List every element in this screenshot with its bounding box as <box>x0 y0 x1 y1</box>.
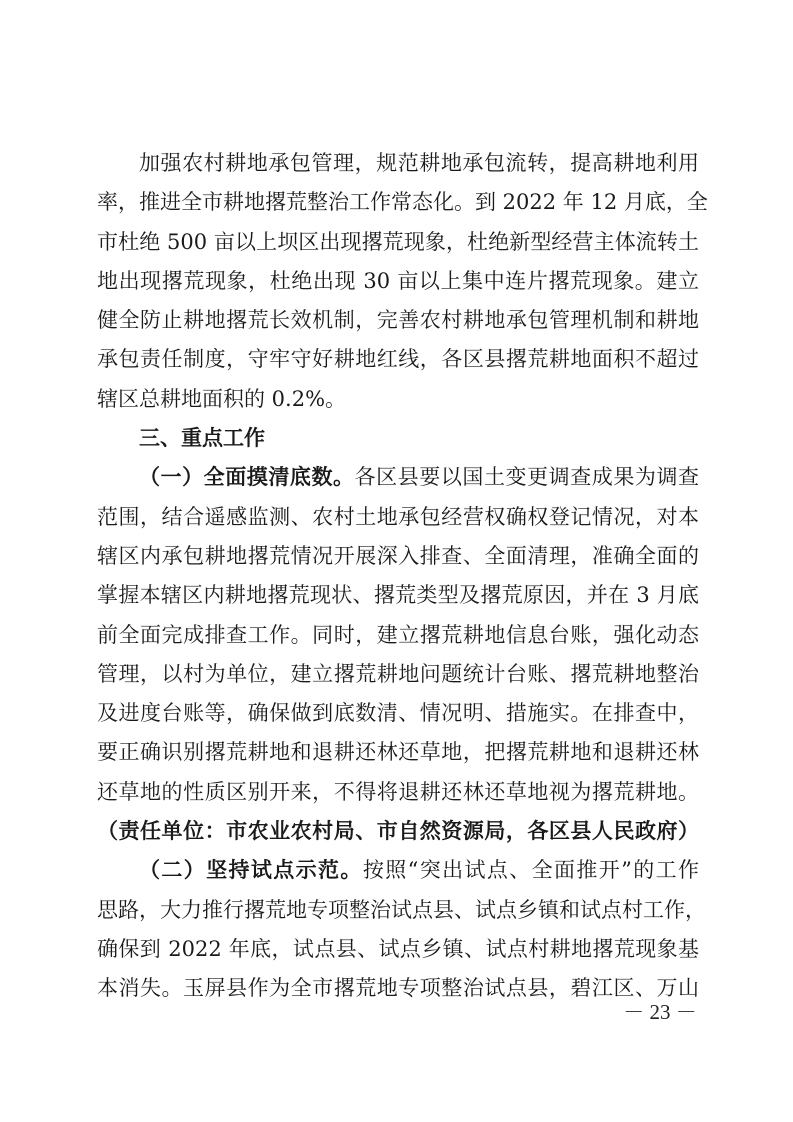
text-line: 前全面完成排查工作。同时，建立撂荒耕地信息台账，强化动态 <box>97 616 699 655</box>
text-line: 思路，大力推行撂荒地专项整治试点县、试点乡镇和试点村工作， <box>97 891 699 930</box>
text-line: 辖区总耕地面积的 0.2%。 <box>97 380 699 419</box>
text-line: 管理，以村为单位，建立撂荒耕地问题统计台账、撂荒耕地整治 <box>97 655 699 694</box>
text-line: 本消失。玉屏县作为全市撂荒地专项整治试点县，碧江区、万山 <box>97 969 699 1008</box>
paragraph-item-2: （二）坚持试点示范。按照“突出试点、全面推开”的工作 思路，大力推行撂荒地专项整… <box>97 851 699 1008</box>
text-line: 还草地的性质区别开来，不得将退耕还林还草地视为撂荒耕地。 <box>97 773 699 812</box>
text-line: 加强农村耕地承包管理，规范耕地承包流转，提高耕地利用 <box>97 144 699 183</box>
text-line: 承包责任制度，守牢守好耕地红线，各区县撂荒耕地面积不超过 <box>97 340 699 379</box>
text-line: 率，推进全市耕地撂荒整治工作常态化。到 2022 年 12 月底，全 <box>97 183 699 222</box>
text-line: 健全防止耕地撂荒长效机制，完善农村耕地承包管理机制和耕地 <box>97 301 699 340</box>
text-line: 辖区内承包耕地撂荒情况开展深入排查、全面清理，准确全面的 <box>97 537 699 576</box>
paragraph-goal: 加强农村耕地承包管理，规范耕地承包流转，提高耕地利用 率，推进全市耕地撂荒整治工… <box>97 144 699 419</box>
item-title: （二）坚持试点示范。 <box>139 858 363 882</box>
item-title: （一）全面摸清底数。 <box>139 465 355 489</box>
section-heading: 三、重点工作 <box>97 419 699 458</box>
text-line: 地出现撂荒现象，杜绝出现 30 亩以上集中连片撂荒现象。建立 <box>97 262 699 301</box>
page-number: － 23 － <box>620 996 700 1026</box>
text-line: 市杜绝 500 亩以上坝区出现撂荒现象，杜绝新型经营主体流转土 <box>97 223 699 262</box>
document-body: 加强农村耕地承包管理，规范耕地承包流转，提高耕地利用 率，推进全市耕地撂荒整治工… <box>97 144 699 1009</box>
responsibility-note: （责任单位：市农业农村局、市自然资源局，各区县人民政府） <box>97 812 699 851</box>
paragraph-item-1: （一）全面摸清底数。各区县要以国土变更调查成果为调查 范围，结合遥感监测、农村土… <box>97 458 699 851</box>
text-line: （一）全面摸清底数。各区县要以国土变更调查成果为调查 <box>97 458 699 497</box>
item-text: 各区县要以国土变更调查成果为调查 <box>355 465 699 489</box>
text-line: 范围，结合遥感监测、农村土地承包经营权确权登记情况，对本 <box>97 498 699 537</box>
text-line: 及进度台账等，确保做到底数清、情况明、措施实。在排查中， <box>97 694 699 733</box>
text-line: 要正确识别撂荒耕地和退耕还林还草地，把撂荒耕地和退耕还林 <box>97 733 699 772</box>
document-page: 加强农村耕地承包管理，规范耕地承包流转，提高耕地利用 率，推进全市耕地撂荒整治工… <box>0 0 793 1122</box>
text-line: （二）坚持试点示范。按照“突出试点、全面推开”的工作 <box>97 851 699 890</box>
text-line: 确保到 2022 年底，试点县、试点乡镇、试点村耕地撂荒现象基 <box>97 930 699 969</box>
text-line: 掌握本辖区内耕地撂荒现状、撂荒类型及撂荒原因，并在 3 月底 <box>97 576 699 615</box>
item-text: 按照“突出试点、全面推开”的工作 <box>363 858 699 882</box>
